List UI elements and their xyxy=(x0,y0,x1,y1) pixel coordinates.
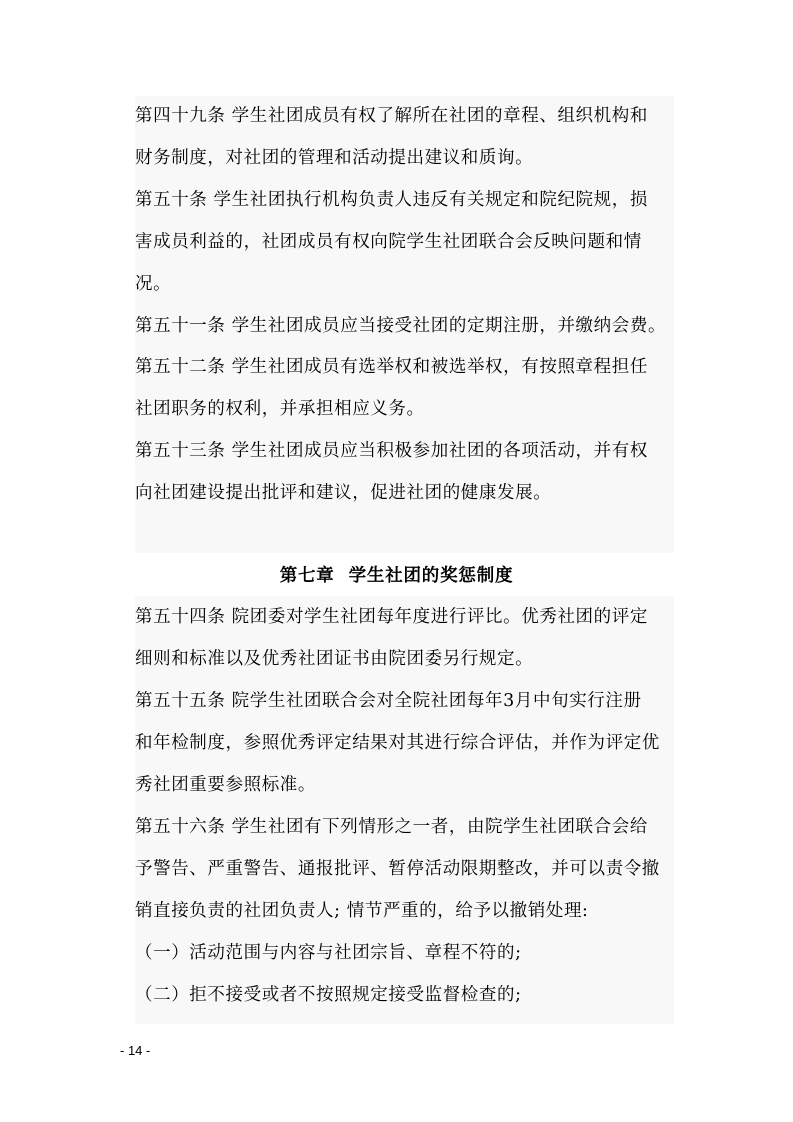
article-52-line-2: 社团职务的权利，并承担相应义务。 xyxy=(135,399,425,419)
chapter-title: 学生社团的奖惩制度 xyxy=(349,566,514,586)
chapter-heading: 第七章学生社团的奖惩制度 xyxy=(0,566,793,586)
article-56-line-1: 第五十六条 学生社团有下列情形之一者，由院学生社团联合会给 xyxy=(135,817,648,837)
article-56-item-2: （二）拒不接受或者不按照规定接受监督检查的; xyxy=(135,985,522,1005)
article-50-line-2: 害成员利益的，社团成员有权向院学生社团联合会反映问题和情 xyxy=(135,232,642,252)
article-50-line-1: 第五十条 学生社团执行机构负责人违反有关规定和院纪院规，损 xyxy=(135,190,648,210)
page-number: - 14 - xyxy=(120,1043,150,1059)
article-55-line-3: 秀社团重要参照标准。 xyxy=(135,775,316,795)
article-54-line-1: 第五十四条 院团委对学生社团每年度进行评比。优秀社团的评定 xyxy=(135,607,648,627)
article-53-line-2: 向社团建设提出批评和建议，促进社团的健康发展。 xyxy=(135,483,551,503)
chapter-number: 第七章 xyxy=(280,566,335,586)
article-50-line-3: 况。 xyxy=(135,274,171,294)
article-54-line-2: 细则和标准以及优秀社团证书由院团委另行规定。 xyxy=(135,649,533,669)
article-53-line-1: 第五十三条 学生社团成员应当积极参加社团的各项活动，并有权 xyxy=(135,441,648,461)
article-51-line-1: 第五十一条 学生社团成员应当接受社团的定期注册，并缴纳会费。 xyxy=(135,316,666,336)
article-56-line-3: 销直接负责的社团负责人; 情节严重的，给予以撤销处理: xyxy=(135,901,589,921)
article-56-item-1: （一）活动范围与内容与社团宗旨、章程不符的; xyxy=(135,943,522,963)
article-52-line-1: 第五十二条 学生社团成员有选举权和被选举权，有按照章程担任 xyxy=(135,357,648,377)
article-55-line-1: 第五十五条 院学生社团联合会对全院社团每年3月中旬实行注册 xyxy=(135,691,642,711)
article-56-line-2: 予警告、严重警告、通报批评、暂停活动限期整改，并可以责令撤 xyxy=(135,859,660,879)
article-49-line-1: 第四十九条 学生社团成员有权了解所在社团的章程、组织机构和 xyxy=(135,106,648,126)
article-55-line-2: 和年检制度，参照优秀评定结果对其进行综合评估，并作为评定优 xyxy=(135,733,660,753)
article-49-line-2: 财务制度，对社团的管理和活动提出建议和质询。 xyxy=(135,148,533,168)
